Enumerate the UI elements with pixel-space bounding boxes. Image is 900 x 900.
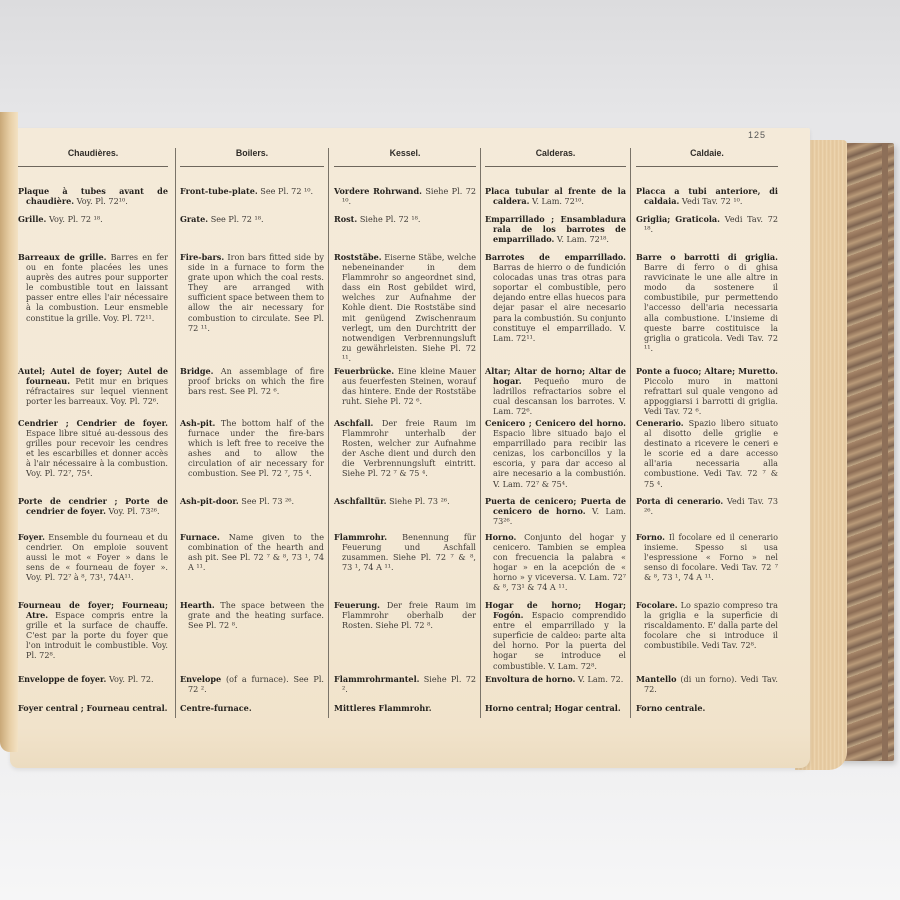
entry-definition: Voy. Pl. 72 ¹⁸. bbox=[46, 214, 102, 224]
entry-definition: See Pl. 72 ¹⁰. bbox=[258, 186, 313, 196]
glossary-entry: Focolare. Lo spazio compreso tra la grig… bbox=[636, 600, 778, 650]
entry-term: Front-tube-plate. bbox=[180, 186, 258, 196]
entry-term: Focolare. bbox=[636, 600, 678, 610]
entry-term: Mantello bbox=[636, 674, 677, 684]
glossary-entry: Foyer central ; Fourneau central. bbox=[18, 703, 168, 713]
glossary-entry: Horno. Conjunto del hogar y cenicero. Ta… bbox=[485, 532, 626, 593]
glossary-entry: Forno. Il focolare ed il cenerario insie… bbox=[636, 532, 778, 582]
entry-definition: Siehe Pl. 73 ²⁶. bbox=[387, 496, 450, 506]
glossary-entry: Autel; Autel de foyer; Autel de fourneau… bbox=[18, 366, 168, 406]
entry-term: Feuerung. bbox=[334, 600, 380, 610]
glossary-entry: Barreaux de grille. Barres en fer ou en … bbox=[18, 252, 168, 323]
entry-term: Barrotes de emparrillado. bbox=[485, 252, 626, 262]
entry-definition: Siehe Pl. 72 ¹⁸. bbox=[357, 214, 420, 224]
entry-term: Flammrohrmantel. bbox=[334, 674, 419, 684]
entry-term: Forno. bbox=[636, 532, 665, 542]
glossary-entry: Porte de cendrier ; Porte de cendrier de… bbox=[18, 496, 168, 516]
glossary-entry: Envelope (of a furnace). See Pl. 72 ². bbox=[180, 674, 324, 694]
entry-term: Foyer. bbox=[18, 532, 45, 542]
entry-definition: V. Lam. 72. bbox=[575, 674, 623, 684]
page-number: 125 bbox=[748, 130, 766, 140]
entry-term: Barre o barrotti di griglia. bbox=[636, 252, 778, 262]
entry-definition: V. Lam. 72¹⁸. bbox=[554, 234, 609, 244]
entry-term: Grille. bbox=[18, 214, 46, 224]
entry-term: Vordere Rohrwand. bbox=[334, 186, 422, 196]
glossary-entry: Foyer. Ensemble du fourneau et du cendri… bbox=[18, 532, 168, 582]
column-chaudieres: Chaudières.Plaque à tubes avant de chaud… bbox=[18, 148, 168, 728]
glossary-entry: Placa tubular al frente de la caldera. V… bbox=[485, 186, 626, 206]
entry-definition: V. Lam. 72¹⁰. bbox=[529, 196, 584, 206]
column-divider bbox=[480, 148, 481, 718]
entry-definition: Spazio libero situato al disotto delle g… bbox=[644, 418, 778, 489]
entry-definition: Voy. Pl. 72. bbox=[106, 674, 153, 684]
entry-definition: See Pl. 72 ¹⁸. bbox=[208, 214, 263, 224]
entry-term: Foyer central ; Fourneau central. bbox=[18, 703, 167, 713]
glossary-entry: Flammrohrmantel. Siehe Pl. 72 ². bbox=[334, 674, 476, 694]
column-divider bbox=[630, 148, 631, 718]
column-divider bbox=[328, 148, 329, 718]
entry-definition: Barres en fer ou en fonte placées les un… bbox=[26, 252, 168, 323]
glossary-entry: Barre o barrotti di griglia. Barre di fe… bbox=[636, 252, 778, 353]
entry-term: Ash-pit. bbox=[180, 418, 215, 428]
glossary-entry: Bridge. An assemblage of fire proof bric… bbox=[180, 366, 324, 396]
glossary-entry: Ash-pit-door. See Pl. 73 ²⁶. bbox=[180, 496, 324, 506]
column-header: Boilers. bbox=[180, 148, 324, 167]
entry-definition: Voy. Pl. 73²⁶. bbox=[106, 506, 160, 516]
entry-term: Roststäbe. bbox=[334, 252, 382, 262]
column-header: Calderas. bbox=[485, 148, 626, 167]
entry-definition: See Pl. 73 ²⁶. bbox=[239, 496, 294, 506]
entry-term: Ash-pit-door. bbox=[180, 496, 239, 506]
glossary-entry: Roststäbe. Eiserne Stäbe, welche nebenei… bbox=[334, 252, 476, 363]
entry-term: Ponte a fuoco; Altare; Muretto. bbox=[636, 366, 778, 376]
entry-term: Fire-bars. bbox=[180, 252, 224, 262]
entry-definition: Barre di ferro o di ghisa ravvicinate le… bbox=[644, 262, 778, 353]
glossary-entry: Cenerario. Spazio libero situato al diso… bbox=[636, 418, 778, 489]
glossary-entry: Mantello (di un forno). Vedi Tav. 72. bbox=[636, 674, 778, 694]
entry-term: Enveloppe de foyer. bbox=[18, 674, 106, 684]
glossary-entry: Grille. Voy. Pl. 72 ¹⁸. bbox=[18, 214, 168, 224]
left-page-curl bbox=[0, 112, 18, 752]
entry-term: Feuerbrücke. bbox=[334, 366, 394, 376]
entry-definition: Ensemble du fourneau et du cendrier. On … bbox=[26, 532, 168, 582]
glossary-entry: Horno central; Hogar central. bbox=[485, 703, 626, 713]
glossary-entry: Fourneau de foyer; Fourneau; Atre. Espac… bbox=[18, 600, 168, 661]
glossary-entry: Feuerung. Der freie Raum im Flammrohr ob… bbox=[334, 600, 476, 630]
entry-definition: Eiserne Stäbe, welche nebeneinander in d… bbox=[342, 252, 476, 363]
glossary-entry: Hearth. The space between the grate and … bbox=[180, 600, 324, 630]
entry-definition: Espace libre situé au-dessous des grille… bbox=[26, 428, 168, 478]
column-boilers: Boilers.Front-tube-plate. See Pl. 72 ¹⁰.… bbox=[180, 148, 324, 728]
entry-term: Griglia; Graticola. bbox=[636, 214, 720, 224]
glossary-entry: Aschfall. Der freie Raum im Flammrohr un… bbox=[334, 418, 476, 479]
glossary-entry: Cenicero ; Cenicero del horno. Espacio l… bbox=[485, 418, 626, 489]
column-header: Caldaie. bbox=[636, 148, 778, 167]
glossary-entry: Feuerbrücke. Eine kleine Mauer aus feuer… bbox=[334, 366, 476, 406]
glossary-entry: Centre-furnace. bbox=[180, 703, 324, 713]
glossary-entry: Grate. See Pl. 72 ¹⁸. bbox=[180, 214, 324, 224]
glossary-entry: Puerta de cenicero; Puerta de cenicero d… bbox=[485, 496, 626, 526]
entry-term: Hearth. bbox=[180, 600, 215, 610]
glossary-entry: Rost. Siehe Pl. 72 ¹⁸. bbox=[334, 214, 476, 224]
entry-definition: Barras de hierro o de fundición colocada… bbox=[493, 262, 626, 343]
entry-definition: Iron bars fitted side by side in a furna… bbox=[188, 252, 324, 333]
entry-term: Mittleres Flammrohr. bbox=[334, 703, 432, 713]
glossary-entry: Griglia; Graticola. Vedi Tav. 72 ¹⁸. bbox=[636, 214, 778, 234]
glossary-entry: Emparrillado ; Ensambladura rala de los … bbox=[485, 214, 626, 244]
entry-term: Flammrohr. bbox=[334, 532, 387, 542]
glossary-entry: Front-tube-plate. See Pl. 72 ¹⁰. bbox=[180, 186, 324, 196]
entry-term: Bridge. bbox=[180, 366, 213, 376]
entry-definition: Espacio libre situado bajo el emparrilla… bbox=[493, 428, 626, 488]
glossary-entry: Porta di cenerario. Vedi Tav. 73 ²⁶. bbox=[636, 496, 778, 516]
entry-term: Cendrier ; Cendrier de foyer. bbox=[18, 418, 168, 428]
glossary-entry: Cendrier ; Cendrier de foyer. Espace lib… bbox=[18, 418, 168, 479]
glossary-entry: Mittleres Flammrohr. bbox=[334, 703, 476, 713]
entry-term: Barreaux de grille. bbox=[18, 252, 106, 262]
glossary-entry: Altar; Altar de horno; Altar de hogar. P… bbox=[485, 366, 626, 416]
entry-term: Furnace. bbox=[180, 532, 220, 542]
entry-term: Horno central; Hogar central. bbox=[485, 703, 621, 713]
entry-term: Rost. bbox=[334, 214, 357, 224]
glossary-entry: Vordere Rohrwand. Siehe Pl. 72 ¹⁰. bbox=[334, 186, 476, 206]
glossary-entry: Placca a tubi anteriore, di caldaia. Ved… bbox=[636, 186, 778, 206]
glossary-entry: Forno centrale. bbox=[636, 703, 778, 713]
column-header: Chaudières. bbox=[18, 148, 168, 167]
entry-definition: Voy. Pl. 72¹⁰. bbox=[74, 196, 128, 206]
column-calderas: Calderas.Placa tubular al frente de la c… bbox=[485, 148, 626, 728]
glossary-entry: Plaque à tubes avant de chaudière. Voy. … bbox=[18, 186, 168, 206]
column-header: Kessel. bbox=[334, 148, 476, 167]
column-kessel: Kessel.Vordere Rohrwand. Siehe Pl. 72 ¹⁰… bbox=[334, 148, 476, 728]
glossary-entry: Ponte a fuoco; Altare; Muretto. Piccolo … bbox=[636, 366, 778, 416]
entry-term: Cenerario. bbox=[636, 418, 684, 428]
entry-term: Grate. bbox=[180, 214, 208, 224]
glossary-entry: Fire-bars. Iron bars fitted side by side… bbox=[180, 252, 324, 333]
entry-definition: Il focolare ed il cenerario insieme. Spe… bbox=[644, 532, 778, 582]
glossary-entry: Enveloppe de foyer. Voy. Pl. 72. bbox=[18, 674, 168, 684]
entry-definition: Vedi Tav. 72 ¹⁰. bbox=[679, 196, 742, 206]
entry-term: Aschfalltür. bbox=[334, 496, 387, 506]
glossary-entry: Envoltura de horno. V. Lam. 72. bbox=[485, 674, 626, 684]
entry-term: Centre-furnace. bbox=[180, 703, 252, 713]
entry-definition: Piccolo muro in mattoni refrattari sul q… bbox=[644, 376, 778, 416]
glossary-entry: Flammrohr. Benennung für Feuerung und As… bbox=[334, 532, 476, 572]
entry-term: Forno centrale. bbox=[636, 703, 705, 713]
entry-term: Envoltura de horno. bbox=[485, 674, 575, 684]
entry-definition: Espace compris entre la grille et la sur… bbox=[26, 610, 168, 660]
column-divider bbox=[175, 148, 176, 718]
entry-term: Envelope bbox=[180, 674, 221, 684]
glossary-entry: Aschfalltür. Siehe Pl. 73 ²⁶. bbox=[334, 496, 476, 506]
entry-term: Porta di cenerario. bbox=[636, 496, 723, 506]
glossary-entry: Ash-pit. The bottom half of the furnace … bbox=[180, 418, 324, 479]
entry-term: Horno. bbox=[485, 532, 516, 542]
entry-term: Aschfall. bbox=[334, 418, 373, 428]
glossary-entry: Furnace. Name given to the combination o… bbox=[180, 532, 324, 572]
glossary-entry: Hogar de horno; Hogar; Fogón. Espacio co… bbox=[485, 600, 626, 671]
glossary-entry: Barrotes de emparrillado. Barras de hier… bbox=[485, 252, 626, 343]
entry-term: Cenicero ; Cenicero del horno. bbox=[485, 418, 626, 428]
column-caldaie: Caldaie.Placca a tubi anteriore, di cald… bbox=[636, 148, 778, 728]
